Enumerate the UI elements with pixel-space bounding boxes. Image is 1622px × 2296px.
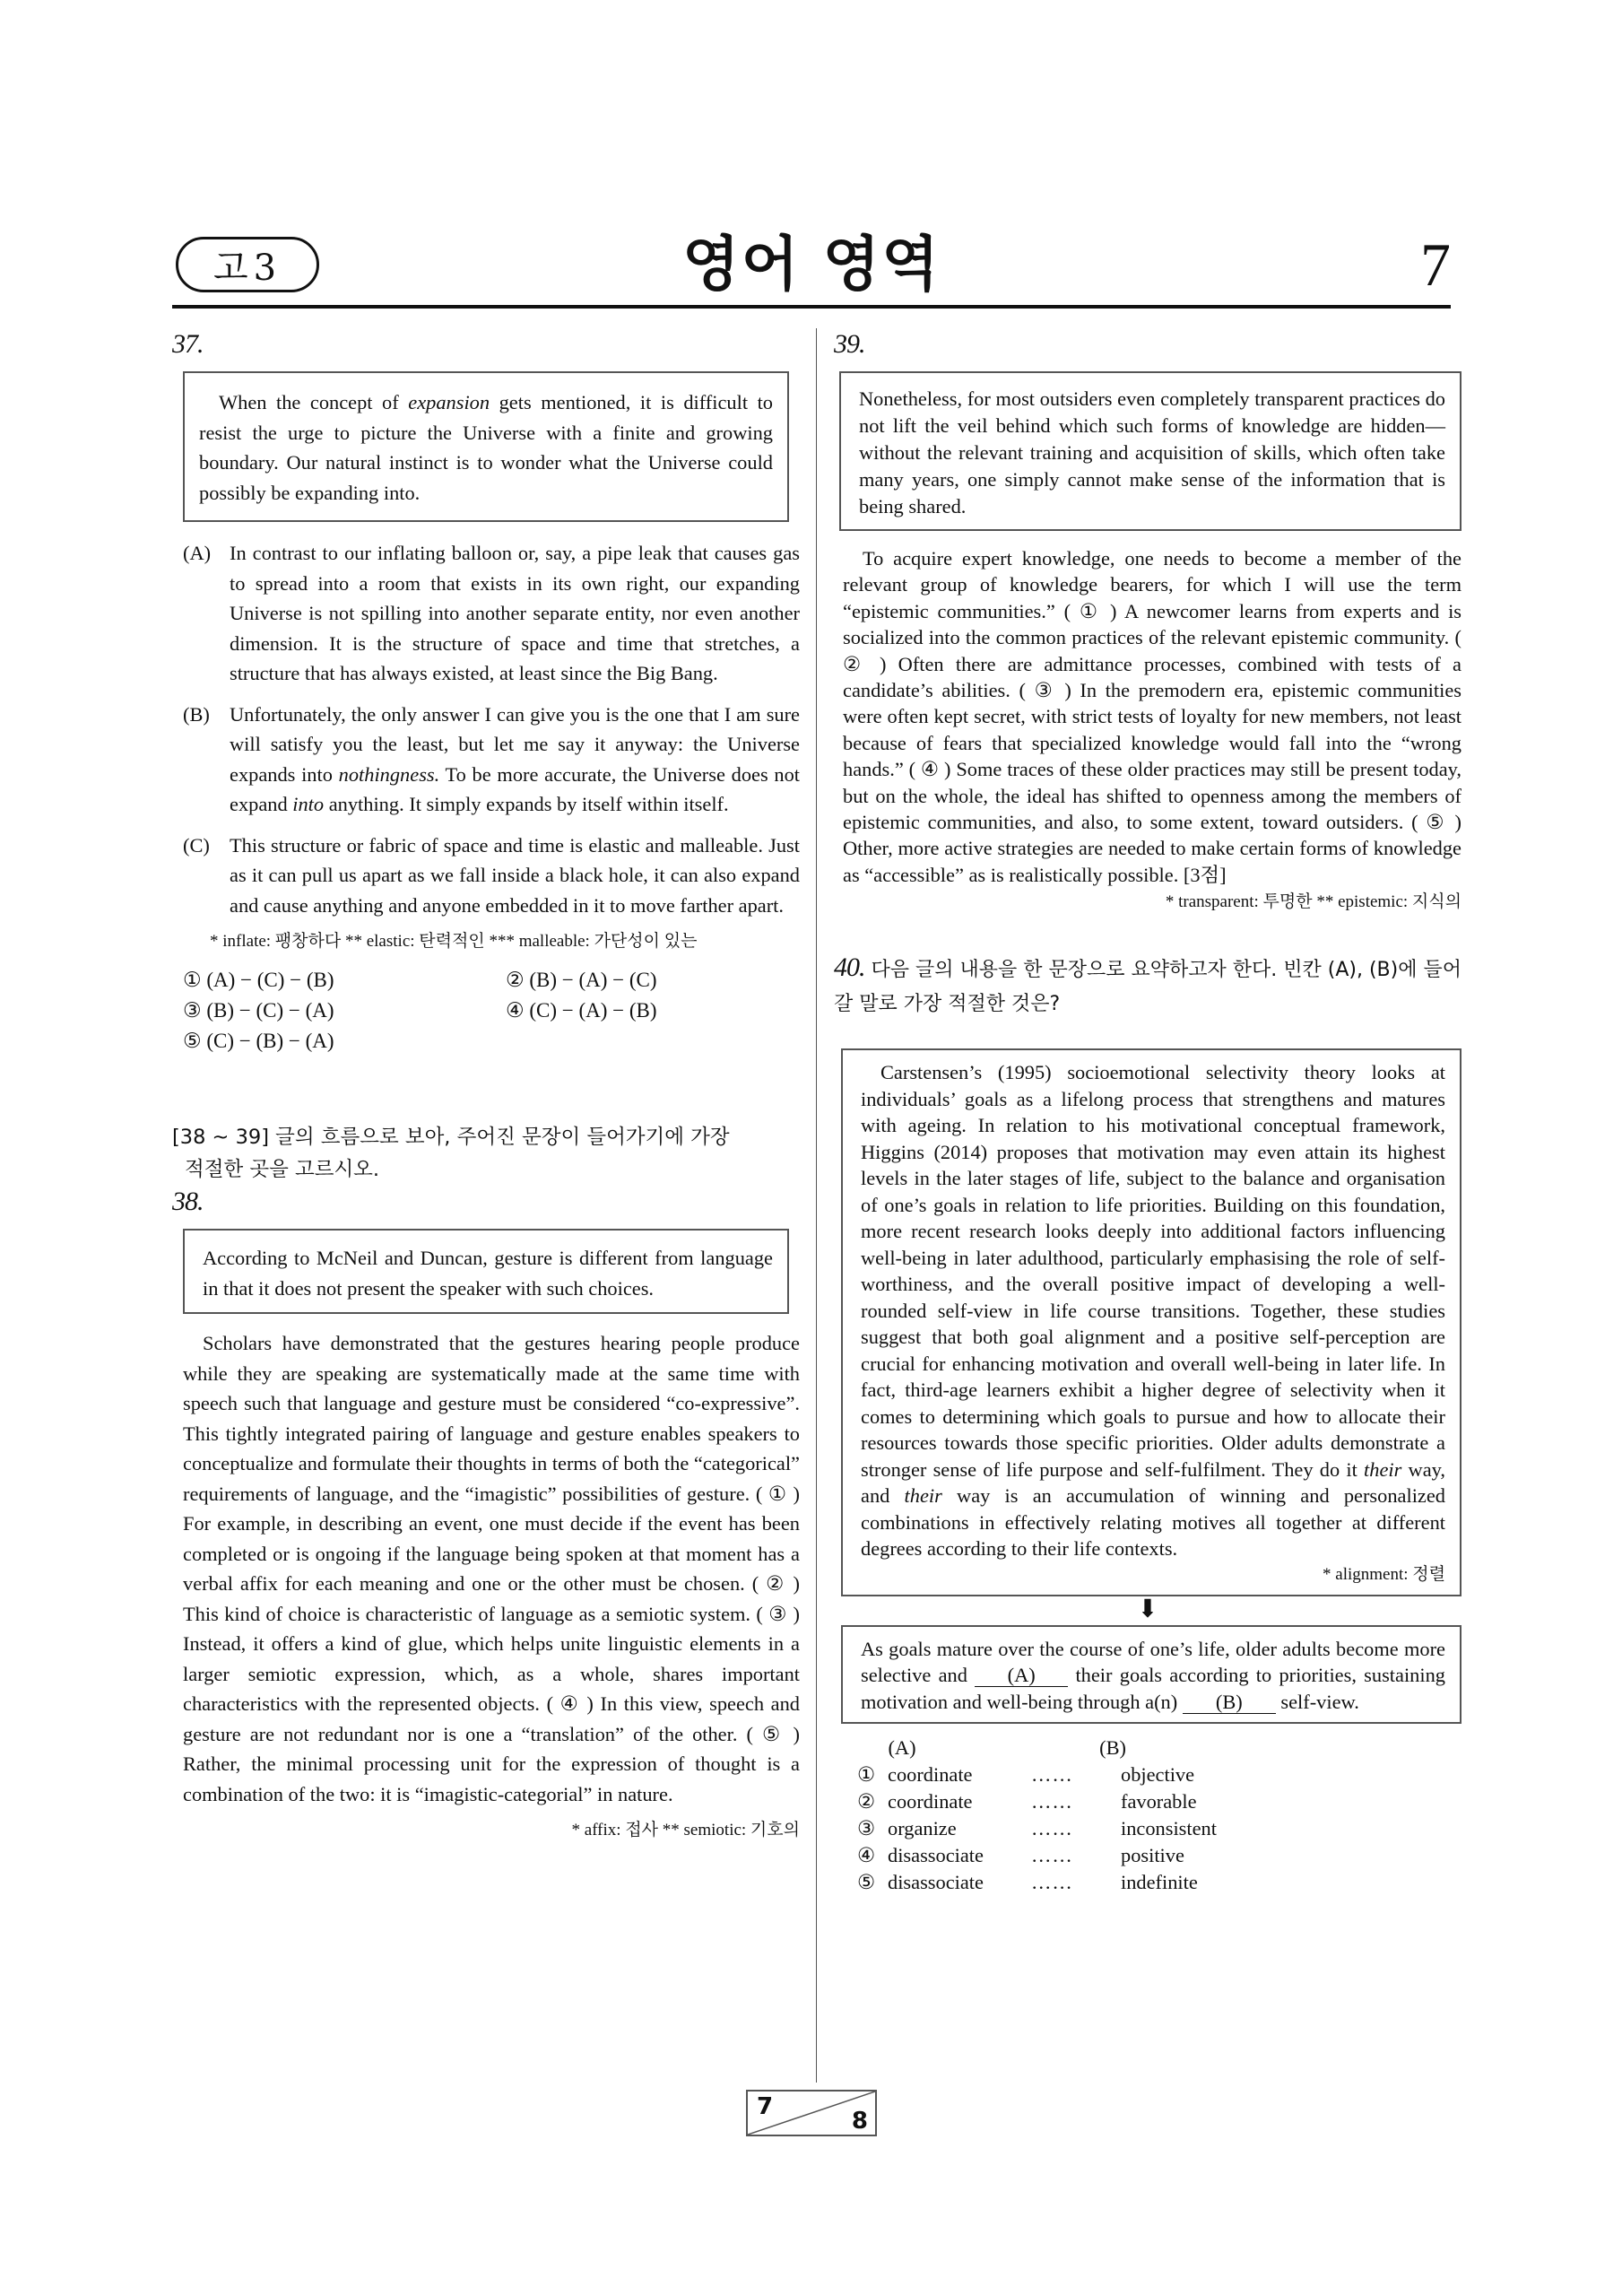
blank-a: (A) [975,1665,1068,1687]
header-rule [172,305,1451,309]
q37-choice-4[interactable]: ④ (C) − (A) − (B) [506,996,811,1026]
q38-gloss: * affix: 접사 ** semiotic: 기호의 [172,1818,800,1843]
q37-item-c: (C) This structure or fabric of space an… [183,831,800,921]
q40-option-2[interactable]: ②coordinate……favorable [857,1788,1462,1815]
question-37-number: 37. [172,328,800,361]
question-38-number: 38. [172,1186,800,1218]
next-page: 8 [852,2108,868,2135]
current-page: 7 [757,2093,773,2120]
q38-passage: Scholars have demonstrated that the gest… [172,1328,800,1809]
q40-option-headers: (A) (B) [857,1735,1462,1761]
page-number: 7 [1420,226,1451,303]
q37-item-b: (B) Unfortunately, the only answer I can… [183,700,800,820]
page-indicator: 7 8 [746,2090,877,2136]
q39-gloss: * transparent: 투명한 ** epistemic: 지식의 [834,890,1462,915]
subject-title: 영어 영역 [172,226,1451,303]
q37-choice-5[interactable]: ⑤ (C) − (B) − (A) [183,1026,506,1057]
q40-passage: Carstensen’s (1995) socioemotional selec… [861,1059,1445,1562]
instruction-38-39: [38 ~ 39] 글의 흐름으로 보아, 주어진 문장이 들어가기에 가장 적… [172,1121,800,1186]
q37-choice-3[interactable]: ③ (B) − (C) − (A) [183,996,506,1026]
q40-options: (A) (B) ①coordinate……objective ②coordina… [834,1735,1462,1896]
q37-choices: ① (A) − (C) − (B) ② (B) − (A) − (C) ③ (B… [172,965,800,1057]
q40-gloss: * alignment: 정렬 [861,1562,1445,1587]
q39-given-box: Nonetheless, for most outsiders even com… [839,371,1462,531]
q37-gloss: * inflate: 팽창하다 ** elastic: 탄력적인 *** mal… [172,929,800,954]
q37-given-box: When the concept of expansion gets menti… [183,371,789,522]
q37-choice-2[interactable]: ② (B) − (A) − (C) [506,965,811,996]
blank-b: (B) [1183,1692,1276,1714]
q37-items: (A) In contrast to our inflating balloon… [172,538,800,920]
left-column: 37. When the concept of expansion gets m… [172,328,800,1843]
question-39-number: 39. [834,328,1462,361]
q40-option-1[interactable]: ①coordinate……objective [857,1761,1462,1788]
q37-choice-1[interactable]: ① (A) − (C) − (B) [183,965,506,996]
q37-item-a: (A) In contrast to our inflating balloon… [183,538,800,689]
page-header: 고3 영어 영역 7 [172,226,1451,307]
q40-option-4[interactable]: ④disassociate……positive [857,1842,1462,1869]
column-divider [816,328,817,2083]
q40-option-5[interactable]: ⑤disassociate……indefinite [857,1869,1462,1896]
q40-prompt: 40. 다음 글의 내용을 한 문장으로 요약하고자 한다. 빈칸 (A), (… [834,951,1462,1022]
down-arrow-icon: ⬇ [834,1596,1462,1623]
q37-given-text: When the concept of expansion gets menti… [199,387,773,508]
right-column: 39. Nonetheless, for most outsiders even… [834,328,1462,1896]
q39-passage: To acquire expert knowledge, one needs t… [834,545,1462,888]
q40-summary-box: As goals mature over the course of one’s… [841,1625,1462,1725]
q38-given-box: According to McNeil and Duncan, gesture … [183,1229,789,1314]
q40-option-3[interactable]: ③organize……inconsistent [857,1815,1462,1842]
q40-passage-box: Carstensen’s (1995) socioemotional selec… [841,1048,1462,1596]
